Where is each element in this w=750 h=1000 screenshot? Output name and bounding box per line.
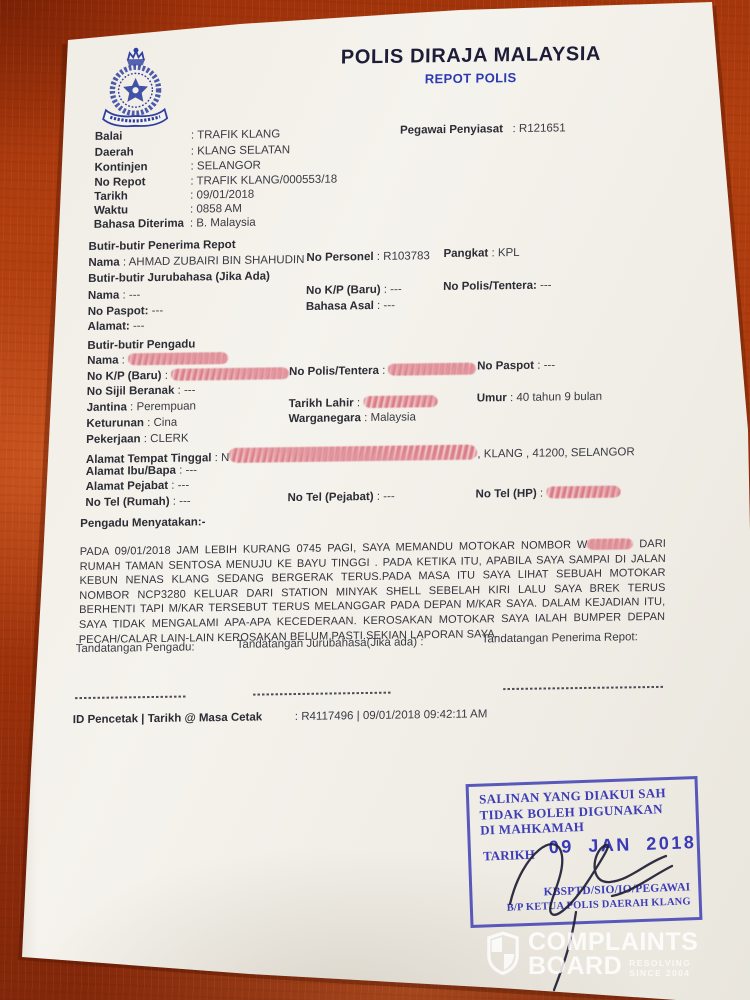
section-penerima-repot: Butir-butir Penerima Repot [88, 239, 235, 253]
redacted-plate-number [587, 538, 633, 550]
label-tandatangan-penerima: Tandatangan Penerima Repot: [482, 631, 638, 645]
watermark-complaints: COMPLAINTS [528, 930, 698, 954]
field-alamat-tempat-tinggal: Alamat Tempat Tinggal : N, KLANG , 41200… [86, 442, 635, 466]
field-pengadu-polis: No Polis/Tentera : [289, 363, 477, 379]
field-pengadu-nama: Nama : [87, 352, 228, 367]
field-jurubahasa-kp: No K/P (Baru) : --- [306, 284, 402, 297]
complaintsboard-shield-icon [486, 930, 520, 976]
field-keturunan: Keturunan : Cina [86, 417, 177, 430]
section-jurubahasa: Butir-butir Jurubahasa (Jika Ada) [88, 270, 270, 285]
field-no-repot: No Repot: TRAFIK KLANG/000553/18 [94, 174, 337, 189]
pdrm-crest-icon [95, 45, 176, 134]
field-jantina: Jantina : Perempuan [87, 400, 197, 414]
field-tel-rumah: No Tel (Rumah) : --- [85, 496, 190, 509]
field-jurubahasa-alamat: Alamat: --- [88, 320, 145, 333]
field-waktu: Waktu: 0858 AM [94, 203, 242, 217]
redacted-phone-number [546, 486, 620, 499]
field-pengadu-kp: No K/P (Baru) : [87, 367, 289, 383]
field-no-personel: No Personel : R103783 [306, 250, 430, 264]
section-pengadu-menyatakan: Pengadu Menyatakan:- [80, 516, 205, 530]
field-warganegara: Warganegara : Malaysia [288, 411, 416, 425]
watermark-board: BOARD [528, 954, 622, 979]
redacted-ic-number [171, 367, 289, 381]
field-balai: Balai: TRAFIK KLANG [95, 128, 280, 143]
document-subtitle: REPOT POLIS [231, 67, 711, 89]
redacted-birth-date [363, 395, 437, 408]
field-tel-hp: No Tel (HP) : [476, 486, 621, 501]
redacted-police-number [389, 363, 477, 376]
field-pekerjaan: Pekerjaan : CLERK [86, 433, 188, 446]
signature-line-jurubahasa [253, 692, 391, 696]
field-sijil-beranak: No Sijil Beranak : --- [87, 384, 196, 398]
signature-line-penerima [503, 686, 663, 690]
field-id-pencetak: ID Pencetak | Tarikh @ Masa Cetak [73, 711, 263, 726]
field-tel-pejabat: No Tel (Pejabat) : --- [287, 491, 394, 504]
field-pangkat: Pangkat : KPL [443, 247, 519, 260]
field-jurubahasa-nama: Nama : --- [88, 289, 141, 302]
label-tandatangan-jurubahasa: Tandatangan Jurubahasa(Jika ada) : [237, 636, 424, 651]
field-pegawai-penyiasat: Pegawai Penyiasat : R121651 [400, 122, 566, 136]
redacted-home-address [229, 445, 477, 463]
value-id-pencetak: : R4117496 | 09/01/2018 09:42:11 AM [295, 708, 488, 723]
field-jurubahasa-polis: No Polis/Tentera: --- [443, 280, 552, 294]
field-tarikh: Tarikh: 09/01/2018 [94, 189, 254, 203]
redacted-name [128, 352, 228, 365]
label-tandatangan-pengadu: Tandatangan Pengadu: [76, 641, 195, 655]
complaintsboard-watermark: COMPLAINTS BOARD RESOLVING SINCE 2004 [486, 930, 698, 979]
watermark-resolving: RESOLVING [629, 958, 691, 968]
field-alamat-pejabat: Alamat Pejabat : --- [86, 480, 190, 493]
police-report-paper: POLIS DIRAJA MALAYSIA REPOT POLIS Balai:… [0, 0, 750, 1000]
field-tarikh-lahir: Tarikh Lahir : [289, 395, 438, 410]
field-alamat-ibubapa: Alamat Ibu/Bapa : --- [86, 464, 197, 478]
field-bahasa-asal: Bahasa Asal : --- [306, 300, 395, 313]
report-content: POLIS DIRAJA MALAYSIA REPOT POLIS Balai:… [62, 0, 701, 760]
field-bahasa-diterima: Bahasa Diterima: B. Malaysia [94, 217, 256, 231]
signature-line-pengadu [75, 696, 187, 700]
document-title: POLIS DIRAJA MALAYSIA [231, 41, 711, 71]
field-jurubahasa-paspot: No Paspot: --- [88, 305, 164, 318]
field-kontinjen: Kontinjen: SELANGOR [94, 160, 260, 174]
field-penerima-nama: Nama : AHMAD ZUBAIRI BIN SHAHUDIN [88, 254, 304, 269]
field-umur: Umur : 40 tahun 9 bulan [477, 391, 603, 405]
statement-text: PADA 09/01/2018 JAM LEBIH KURANG 0745 PA… [79, 537, 666, 647]
field-pengadu-paspot: No Paspot : --- [477, 359, 555, 372]
watermark-since: SINCE 2004 [629, 968, 691, 978]
section-pengadu: Butir-butir Pengadu [87, 338, 195, 352]
field-daerah: Daerah: KLANG SELATAN [95, 144, 290, 159]
